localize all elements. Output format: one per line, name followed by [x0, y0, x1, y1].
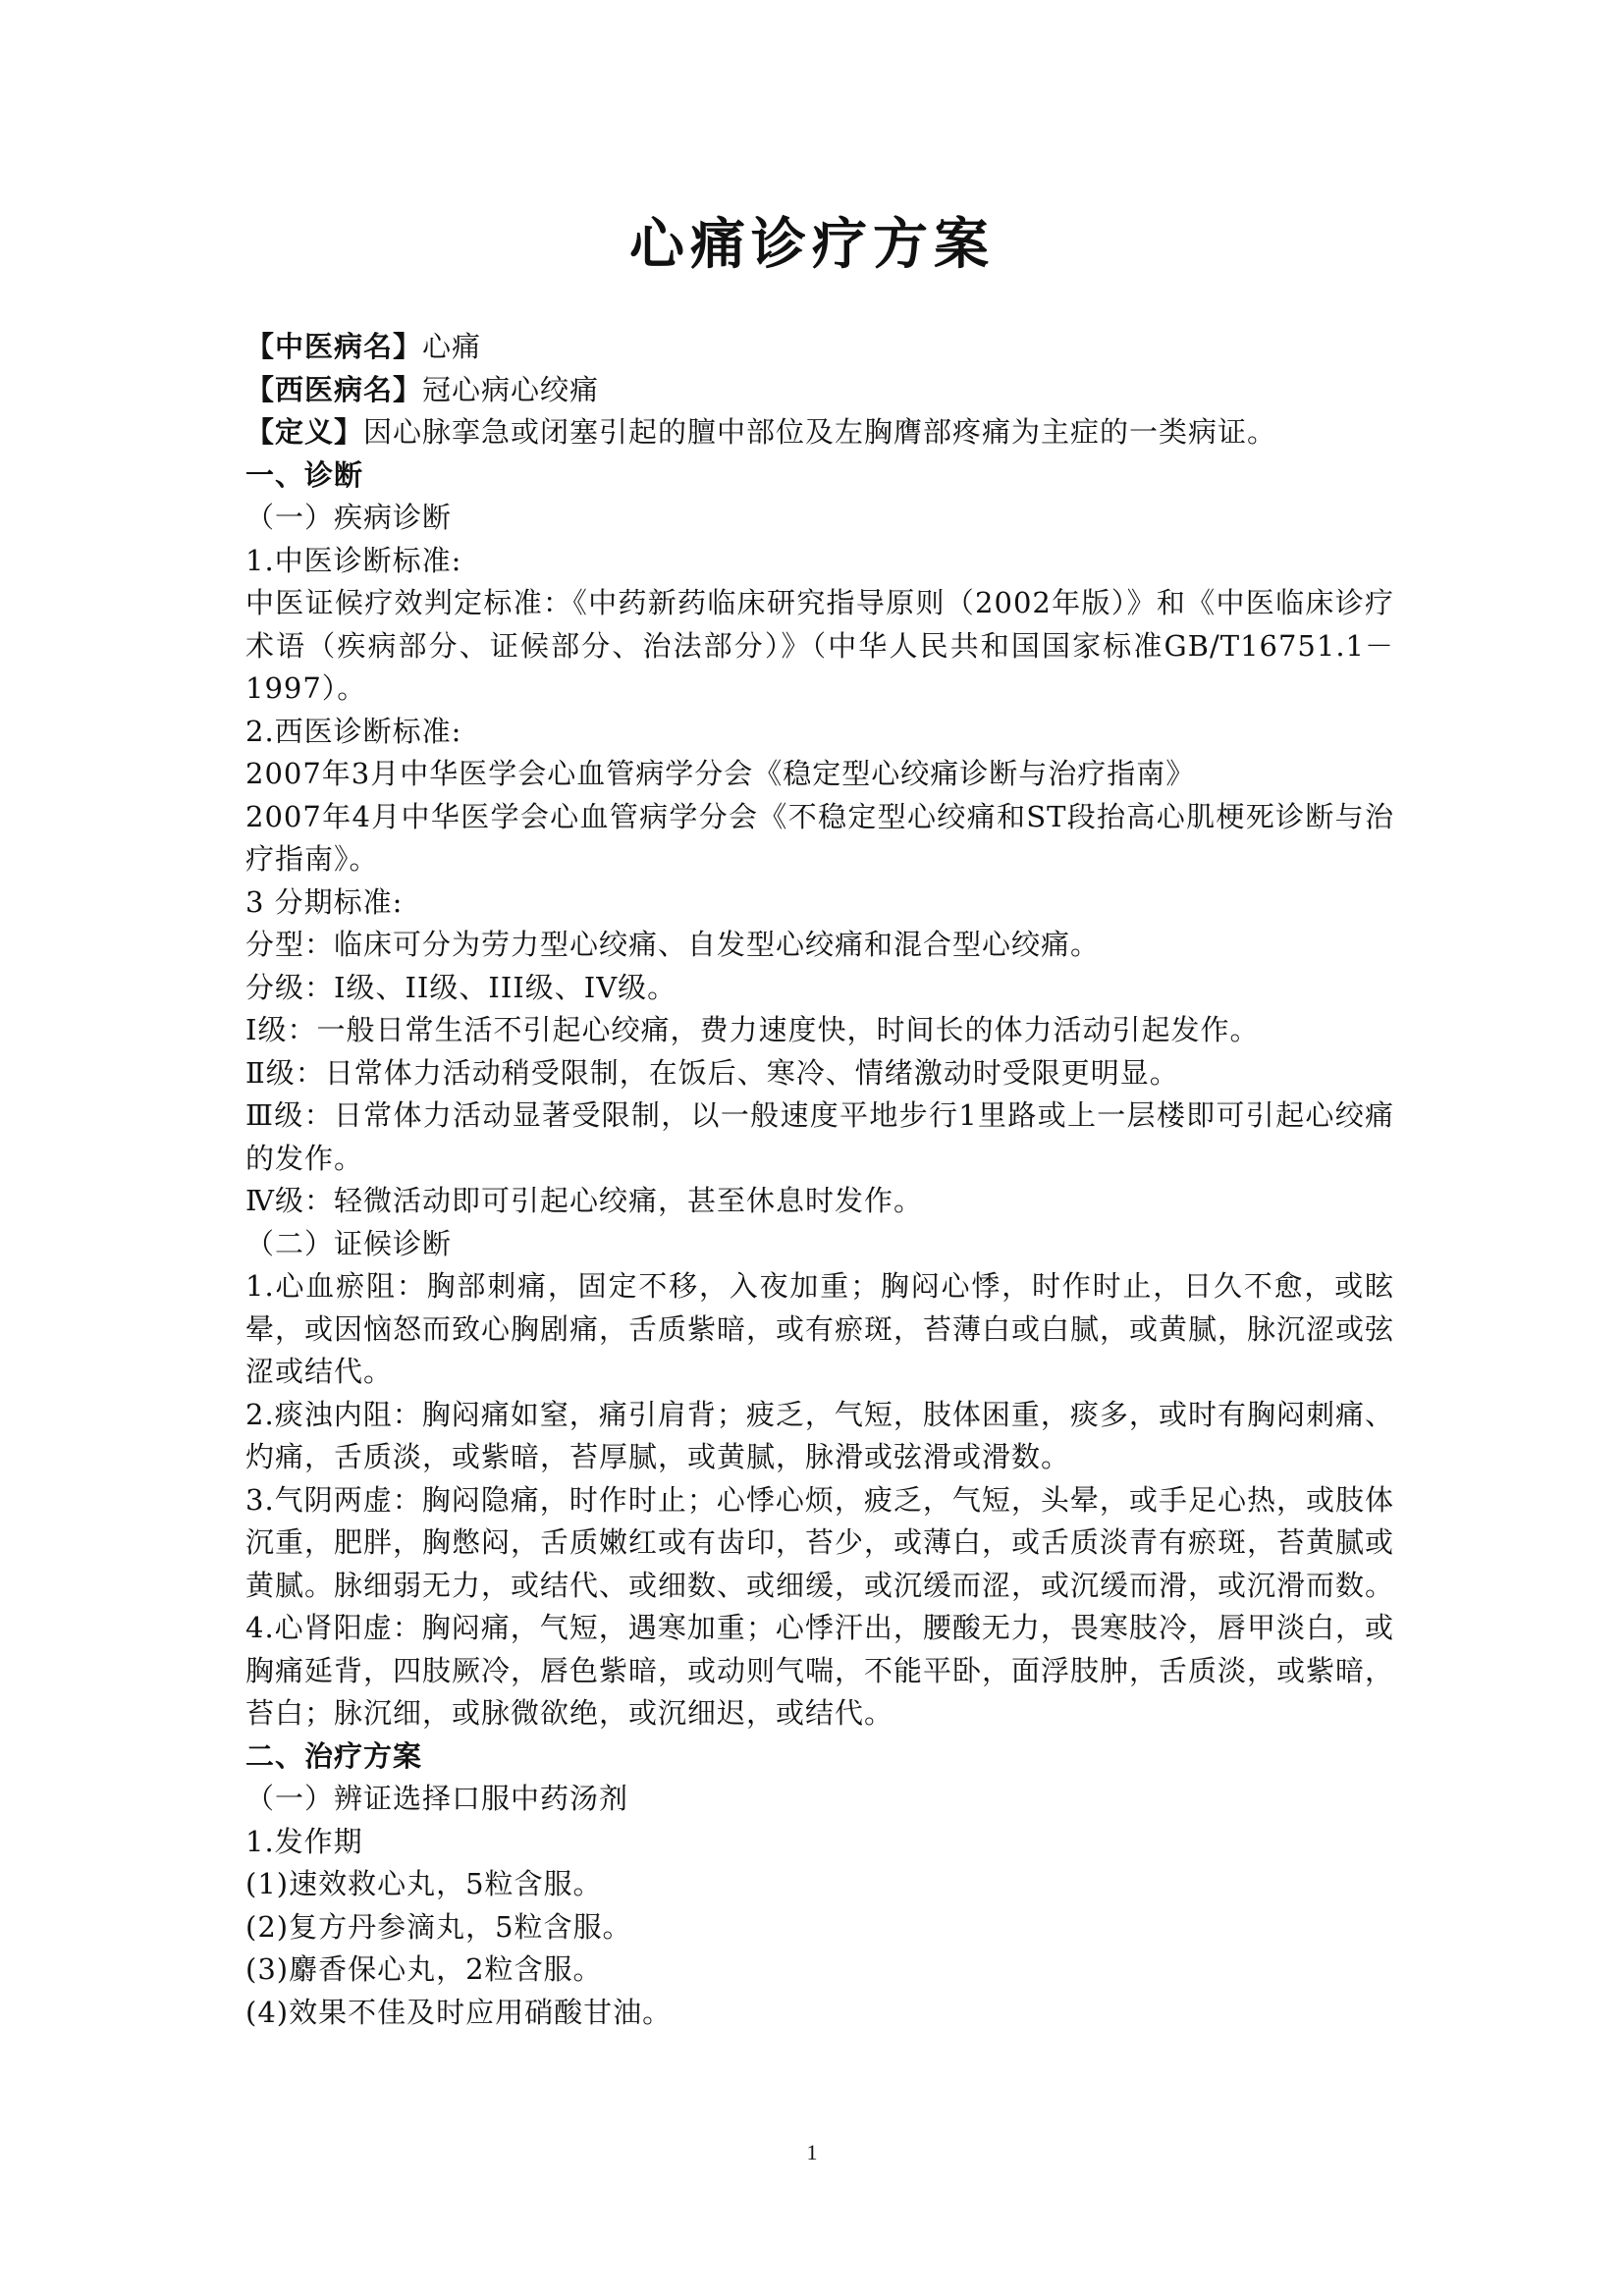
section-heading-diagnosis: 一、诊断 [245, 454, 1394, 498]
definition: 【定义】因心脉挛急或闭塞引起的膻中部位及左胸膺部疼痛为主症的一类病证。 [245, 411, 1394, 454]
wm-criteria-line: 2007年4月中华医学会心血管病学分会《不稳定型心绞痛和ST段抬高心肌梗死诊断与… [245, 796, 1394, 881]
field-value: 因心脉挛急或闭塞引起的膻中部位及左胸膺部疼痛为主症的一类病证。 [363, 415, 1276, 449]
staging-line: Ⅳ级：轻微活动即可引起心绞痛，甚至休息时发作。 [245, 1180, 1394, 1223]
subsection-heading: （一）辨证选择口服中药汤剂 [245, 1778, 1394, 1821]
staging-heading: 3 分期标准: [245, 881, 1394, 925]
field-value: 冠心病心绞痛 [422, 373, 599, 406]
tcm-criteria-text: 中医证候疗效判定标准：《中药新药临床研究指导原则（2002年版）》和《中医临床诊… [245, 582, 1394, 711]
staging-line: 分型：临床可分为劳力型心绞痛、自发型心绞痛和混合型心绞痛。 [245, 924, 1394, 967]
subsection-heading: （二）证候诊断 [245, 1223, 1394, 1266]
syndrome-item: 1.心血瘀阻：胸部刺痛，固定不移，入夜加重；胸闷心悸，时作时止，日久不愈，或眩晕… [245, 1265, 1394, 1394]
treatment-item: (1)速效救心丸，5粒含服。 [245, 1863, 1394, 1906]
staging-line: 分级：I级、II级、III级、IV级。 [245, 967, 1394, 1010]
treatment-item: (3)麝香保心丸，2粒含服。 [245, 1949, 1394, 1992]
wm-criteria-heading: 2.西医诊断标准: [245, 711, 1394, 754]
phase-heading: 1.发作期 [245, 1821, 1394, 1864]
staging-line: Ⅲ级：日常体力活动显著受限制，以一般速度平地步行1里路或上一层楼即可引起心绞痛的… [245, 1095, 1394, 1180]
field-label: 【定义】 [245, 415, 363, 449]
subsection-heading: （一）疾病诊断 [245, 497, 1394, 540]
page-number: 1 [0, 2140, 1624, 2165]
section-heading-treatment: 二、治疗方案 [245, 1735, 1394, 1779]
document-body: 【中医病名】心痛 【西医病名】冠心病心绞痛 【定义】因心脉挛急或闭塞引起的膻中部… [245, 326, 1394, 2034]
wm-disease-name: 【西医病名】冠心病心绞痛 [245, 369, 1394, 412]
wm-criteria-line: 2007年3月中华医学会心血管病学分会《稳定型心绞痛诊断与治疗指南》 [245, 753, 1394, 796]
field-value: 心痛 [422, 330, 481, 363]
staging-line: Ⅱ级：日常体力活动稍受限制，在饭后、寒冷、情绪激动时受限更明显。 [245, 1052, 1394, 1095]
treatment-item: (2)复方丹参滴丸，5粒含服。 [245, 1906, 1394, 1949]
page-title: 心痛诊疗方案 [0, 201, 1624, 280]
treatment-item: (4)效果不佳及时应用硝酸甘油。 [245, 1992, 1394, 2035]
field-label: 【西医病名】 [245, 373, 422, 406]
field-label: 【中医病名】 [245, 330, 422, 363]
syndrome-item: 3.气阴两虚：胸闷隐痛，时作时止；心悸心烦，疲乏，气短，头晕，或手足心热，或肢体… [245, 1479, 1394, 1608]
tcm-disease-name: 【中医病名】心痛 [245, 326, 1394, 369]
syndrome-item: 2.痰浊内阻：胸闷痛如窒，痛引肩背；疲乏，气短，肢体困重，痰多，或时有胸闷刺痛、… [245, 1394, 1394, 1479]
document-page: 心痛诊疗方案 【中医病名】心痛 【西医病名】冠心病心绞痛 【定义】因心脉挛急或闭… [0, 0, 1624, 2296]
staging-line: Ⅰ级：一般日常生活不引起心绞痛，费力速度快，时间长的体力活动引起发作。 [245, 1009, 1394, 1052]
tcm-criteria-heading: 1.中医诊断标准: [245, 540, 1394, 583]
syndrome-item: 4.心肾阳虚：胸闷痛，气短，遇寒加重；心悸汗出，腰酸无力，畏寒肢冷，唇甲淡白，或… [245, 1607, 1394, 1735]
